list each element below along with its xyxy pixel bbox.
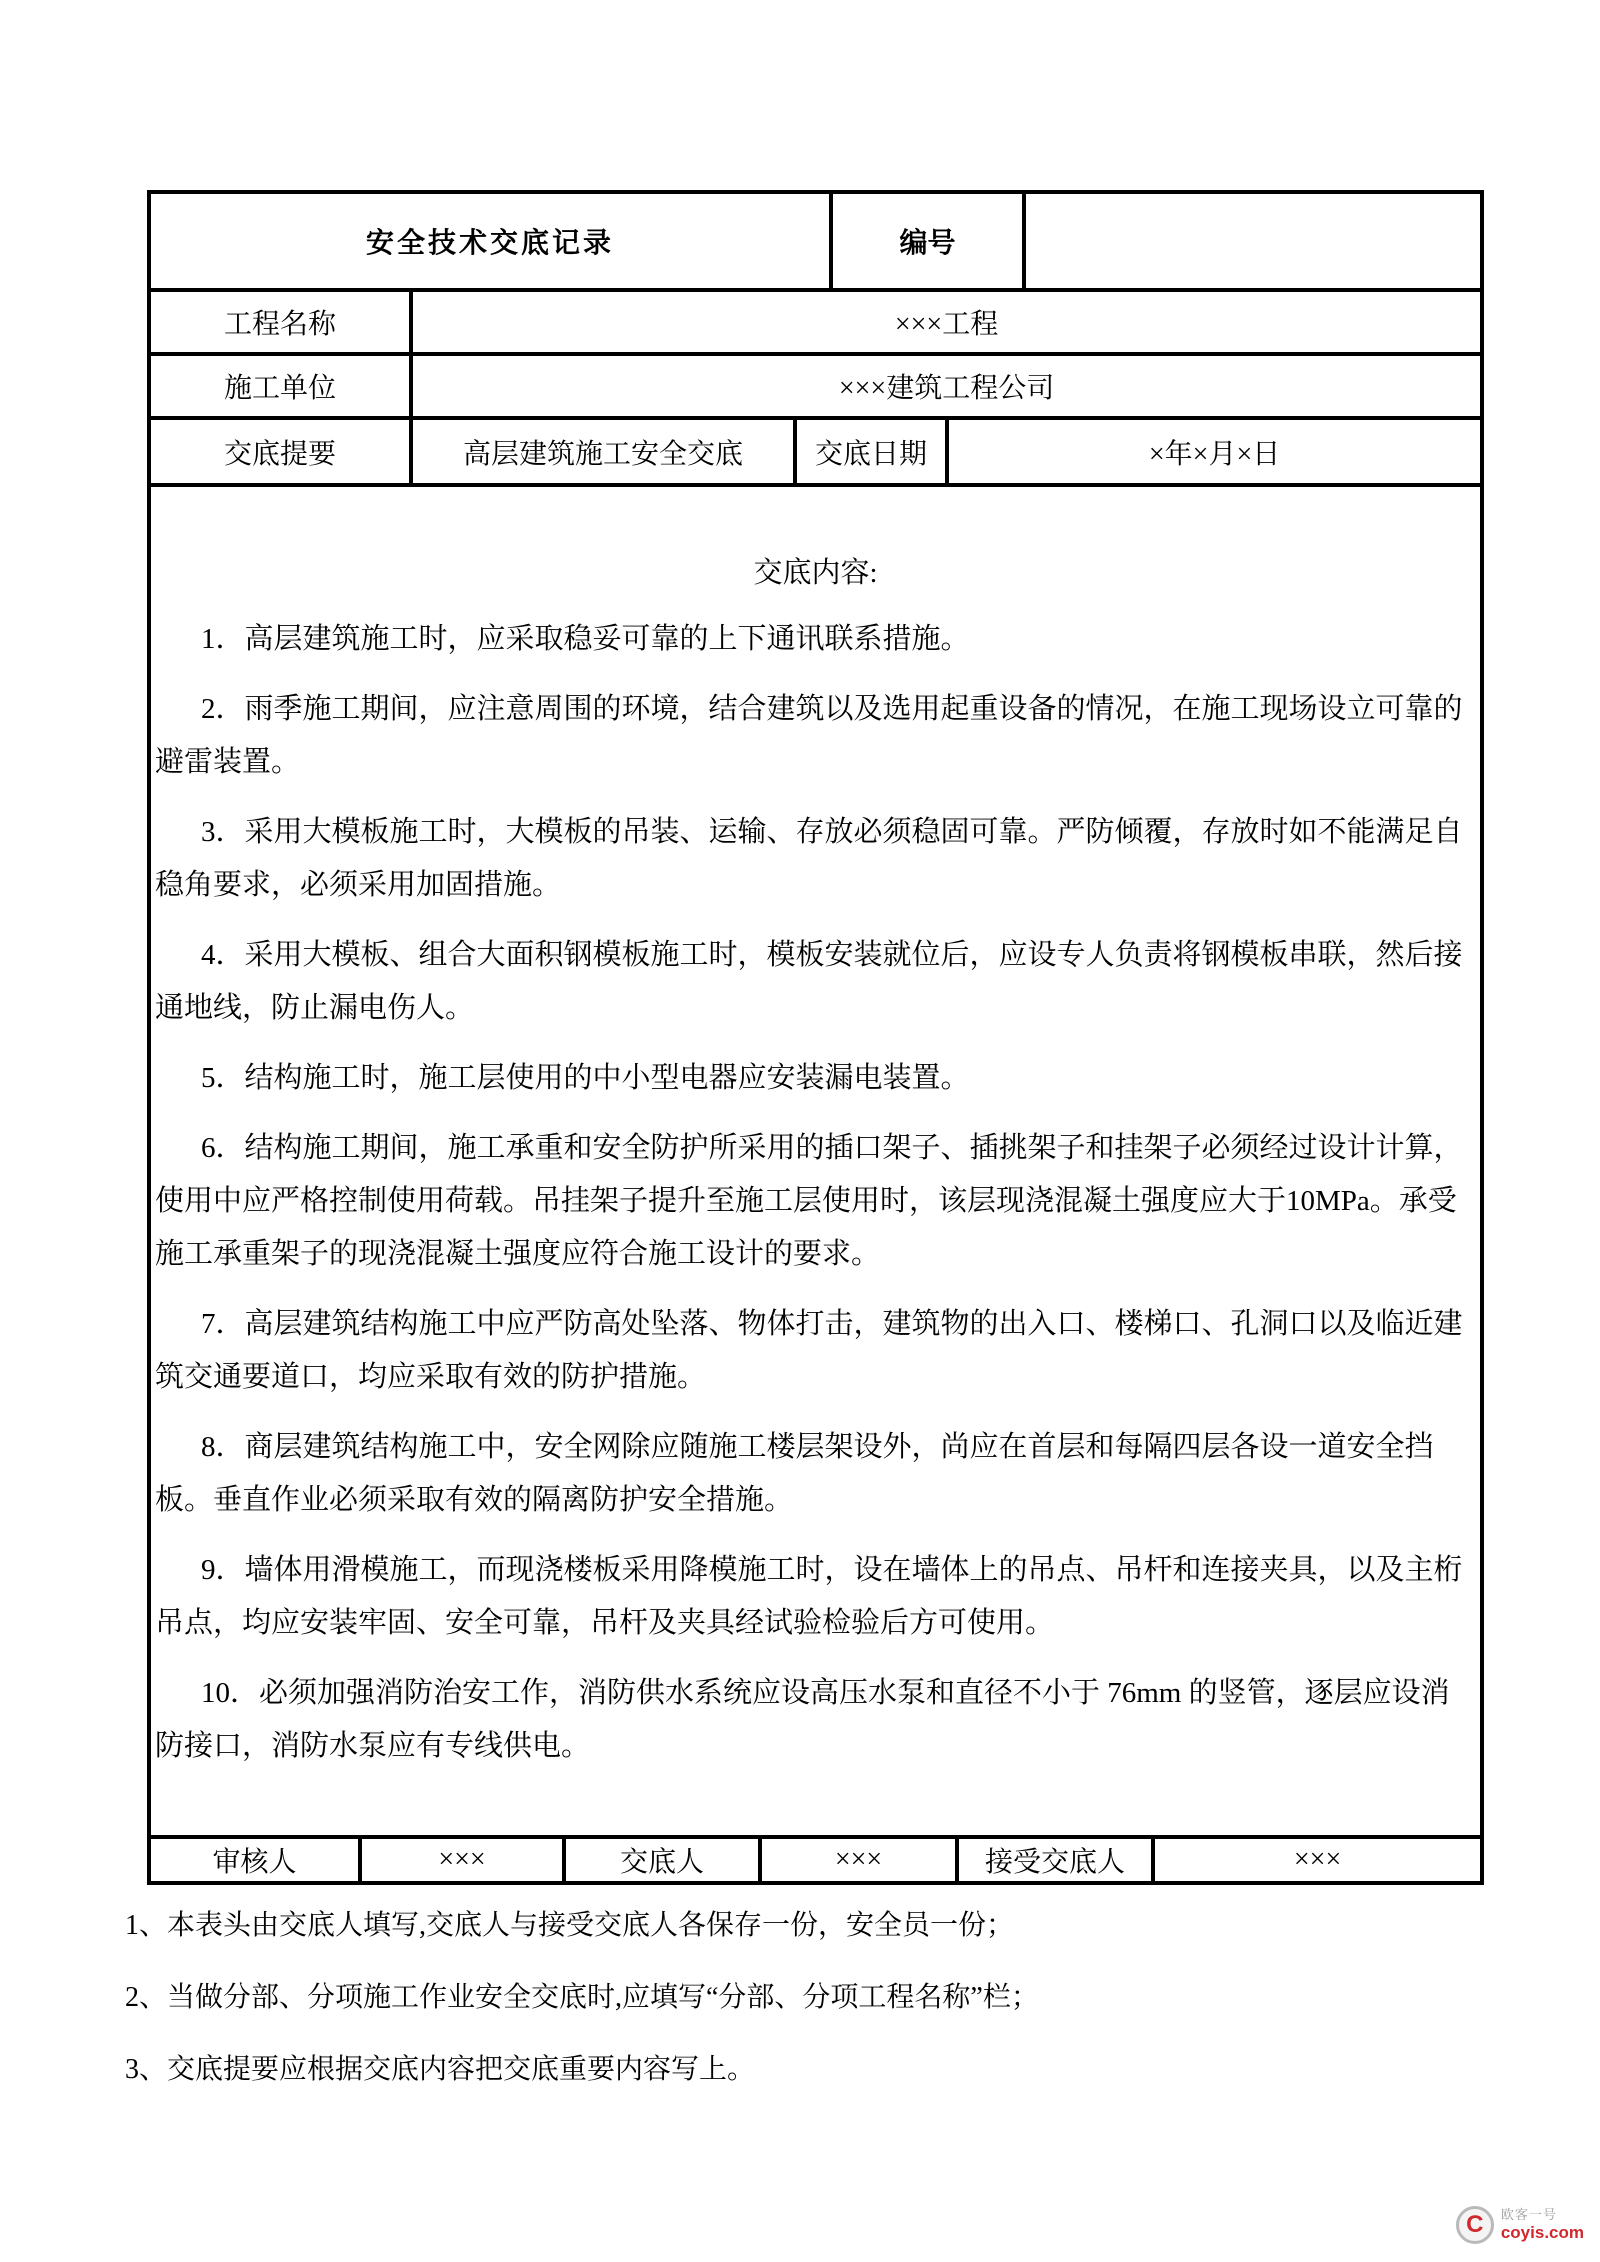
project-name-row: 工程名称 ×××工程 [149,290,1482,354]
watermark: C 欧客一号 coyis.com [1456,2206,1584,2244]
receiver-value: ××× [1153,1837,1482,1883]
number-value-cell [1024,192,1482,290]
signature-row: 审核人 ××× 交底人 ××× 接受交底人 ××× [149,1837,1482,1883]
contractor-value: ×××建筑工程公司 [411,354,1482,418]
page: 安全技术交底记录 编号 工程名称 ×××工程 施工单位 ×××建筑工程公司 交底… [0,0,1600,2262]
content-item: 7．高层建筑结构施工中应严防高处坠落、物体打击，建筑物的出入口、楼梯口、孔洞口以… [155,1298,1476,1404]
project-name-label: 工程名称 [149,290,411,354]
summary-row: 交底提要 高层建筑施工安全交底 交底日期 ×年×月×日 [149,418,1482,485]
summary-label: 交底提要 [149,418,411,485]
footnote: 1、本表头由交底人填写,交底人与接受交底人各保存一份，安全员一份； [125,1910,1039,1941]
watermark-site: coyis.com [1501,2223,1584,2243]
doc-title: 安全技术交底记录 [149,192,831,290]
receiver-label: 接受交底人 [957,1837,1153,1883]
content-item: 10．必须加强消防治安工作，消防供水系统应设高压水泵和直径不小于 76mm 的竖… [155,1667,1476,1773]
content-item: 1．高层建筑施工时，应采取稳妥可靠的上下通讯联系措施。 [155,613,1476,666]
date-value: ×年×月×日 [947,418,1482,485]
disclosure-record-table: 安全技术交底记录 编号 工程名称 ×××工程 施工单位 ×××建筑工程公司 交底… [147,190,1484,1885]
number-label-cell: 编号 [831,192,1024,290]
reviewer-label: 审核人 [149,1837,360,1883]
content-item: 2．雨季施工期间，应注意周围的环境，结合建筑以及选用起重设备的情况，在施工现场设… [155,683,1476,789]
content-row: 交底内容: 1．高层建筑施工时，应采取稳妥可靠的上下通讯联系措施。 2．雨季施工… [149,485,1482,1837]
discloser-label: 交底人 [564,1837,760,1883]
reviewer-value: ××× [360,1837,564,1883]
date-label: 交底日期 [795,418,947,485]
summary-value: 高层建筑施工安全交底 [411,418,795,485]
footnote: 3、交底提要应根据交底内容把交底重要内容写上。 [125,2054,1039,2085]
footnotes: 1、本表头由交底人填写,交底人与接受交底人各保存一份，安全员一份； 2、当做分部… [125,1910,1039,2126]
watermark-text: 欧客一号 coyis.com [1501,2208,1584,2242]
project-name-value: ×××工程 [411,290,1482,354]
contractor-label: 施工单位 [149,354,411,418]
content-cell: 交底内容: 1．高层建筑施工时，应采取稳妥可靠的上下通讯联系措施。 2．雨季施工… [149,485,1482,1837]
content-item: 5．结构施工时，施工层使用的中小型电器应安装漏电装置。 [155,1052,1476,1105]
coyis-logo-icon: C [1456,2206,1494,2244]
content-item: 8．商层建筑结构施工中，安全网除应随施工楼层架设外，尚应在首层和每隔四层各设一道… [155,1421,1476,1527]
contractor-row: 施工单位 ×××建筑工程公司 [149,354,1482,418]
content-heading: 交底内容: [155,550,1476,596]
content-item: 6．结构施工期间，施工承重和安全防护所采用的插口架子、插挑架子和挂架子必须经过设… [155,1122,1476,1281]
content-item: 3．采用大模板施工时，大模板的吊装、运输、存放必须稳固可靠。严防倾覆，存放时如不… [155,806,1476,912]
title-row: 安全技术交底记录 编号 [149,192,1482,290]
discloser-value: ××× [760,1837,957,1883]
content-item: 9．墙体用滑模施工，而现浇楼板采用降模施工时，设在墙体上的吊点、吊杆和连接夹具，… [155,1544,1476,1650]
content-item: 4．采用大模板、组合大面积钢模板施工时，模板安装就位后，应设专人负责将钢模板串联… [155,929,1476,1035]
watermark-brand: 欧客一号 [1501,2208,1584,2223]
footnote: 2、当做分部、分项施工作业安全交底时,应填写“分部、分项工程名称”栏； [125,1982,1039,2013]
